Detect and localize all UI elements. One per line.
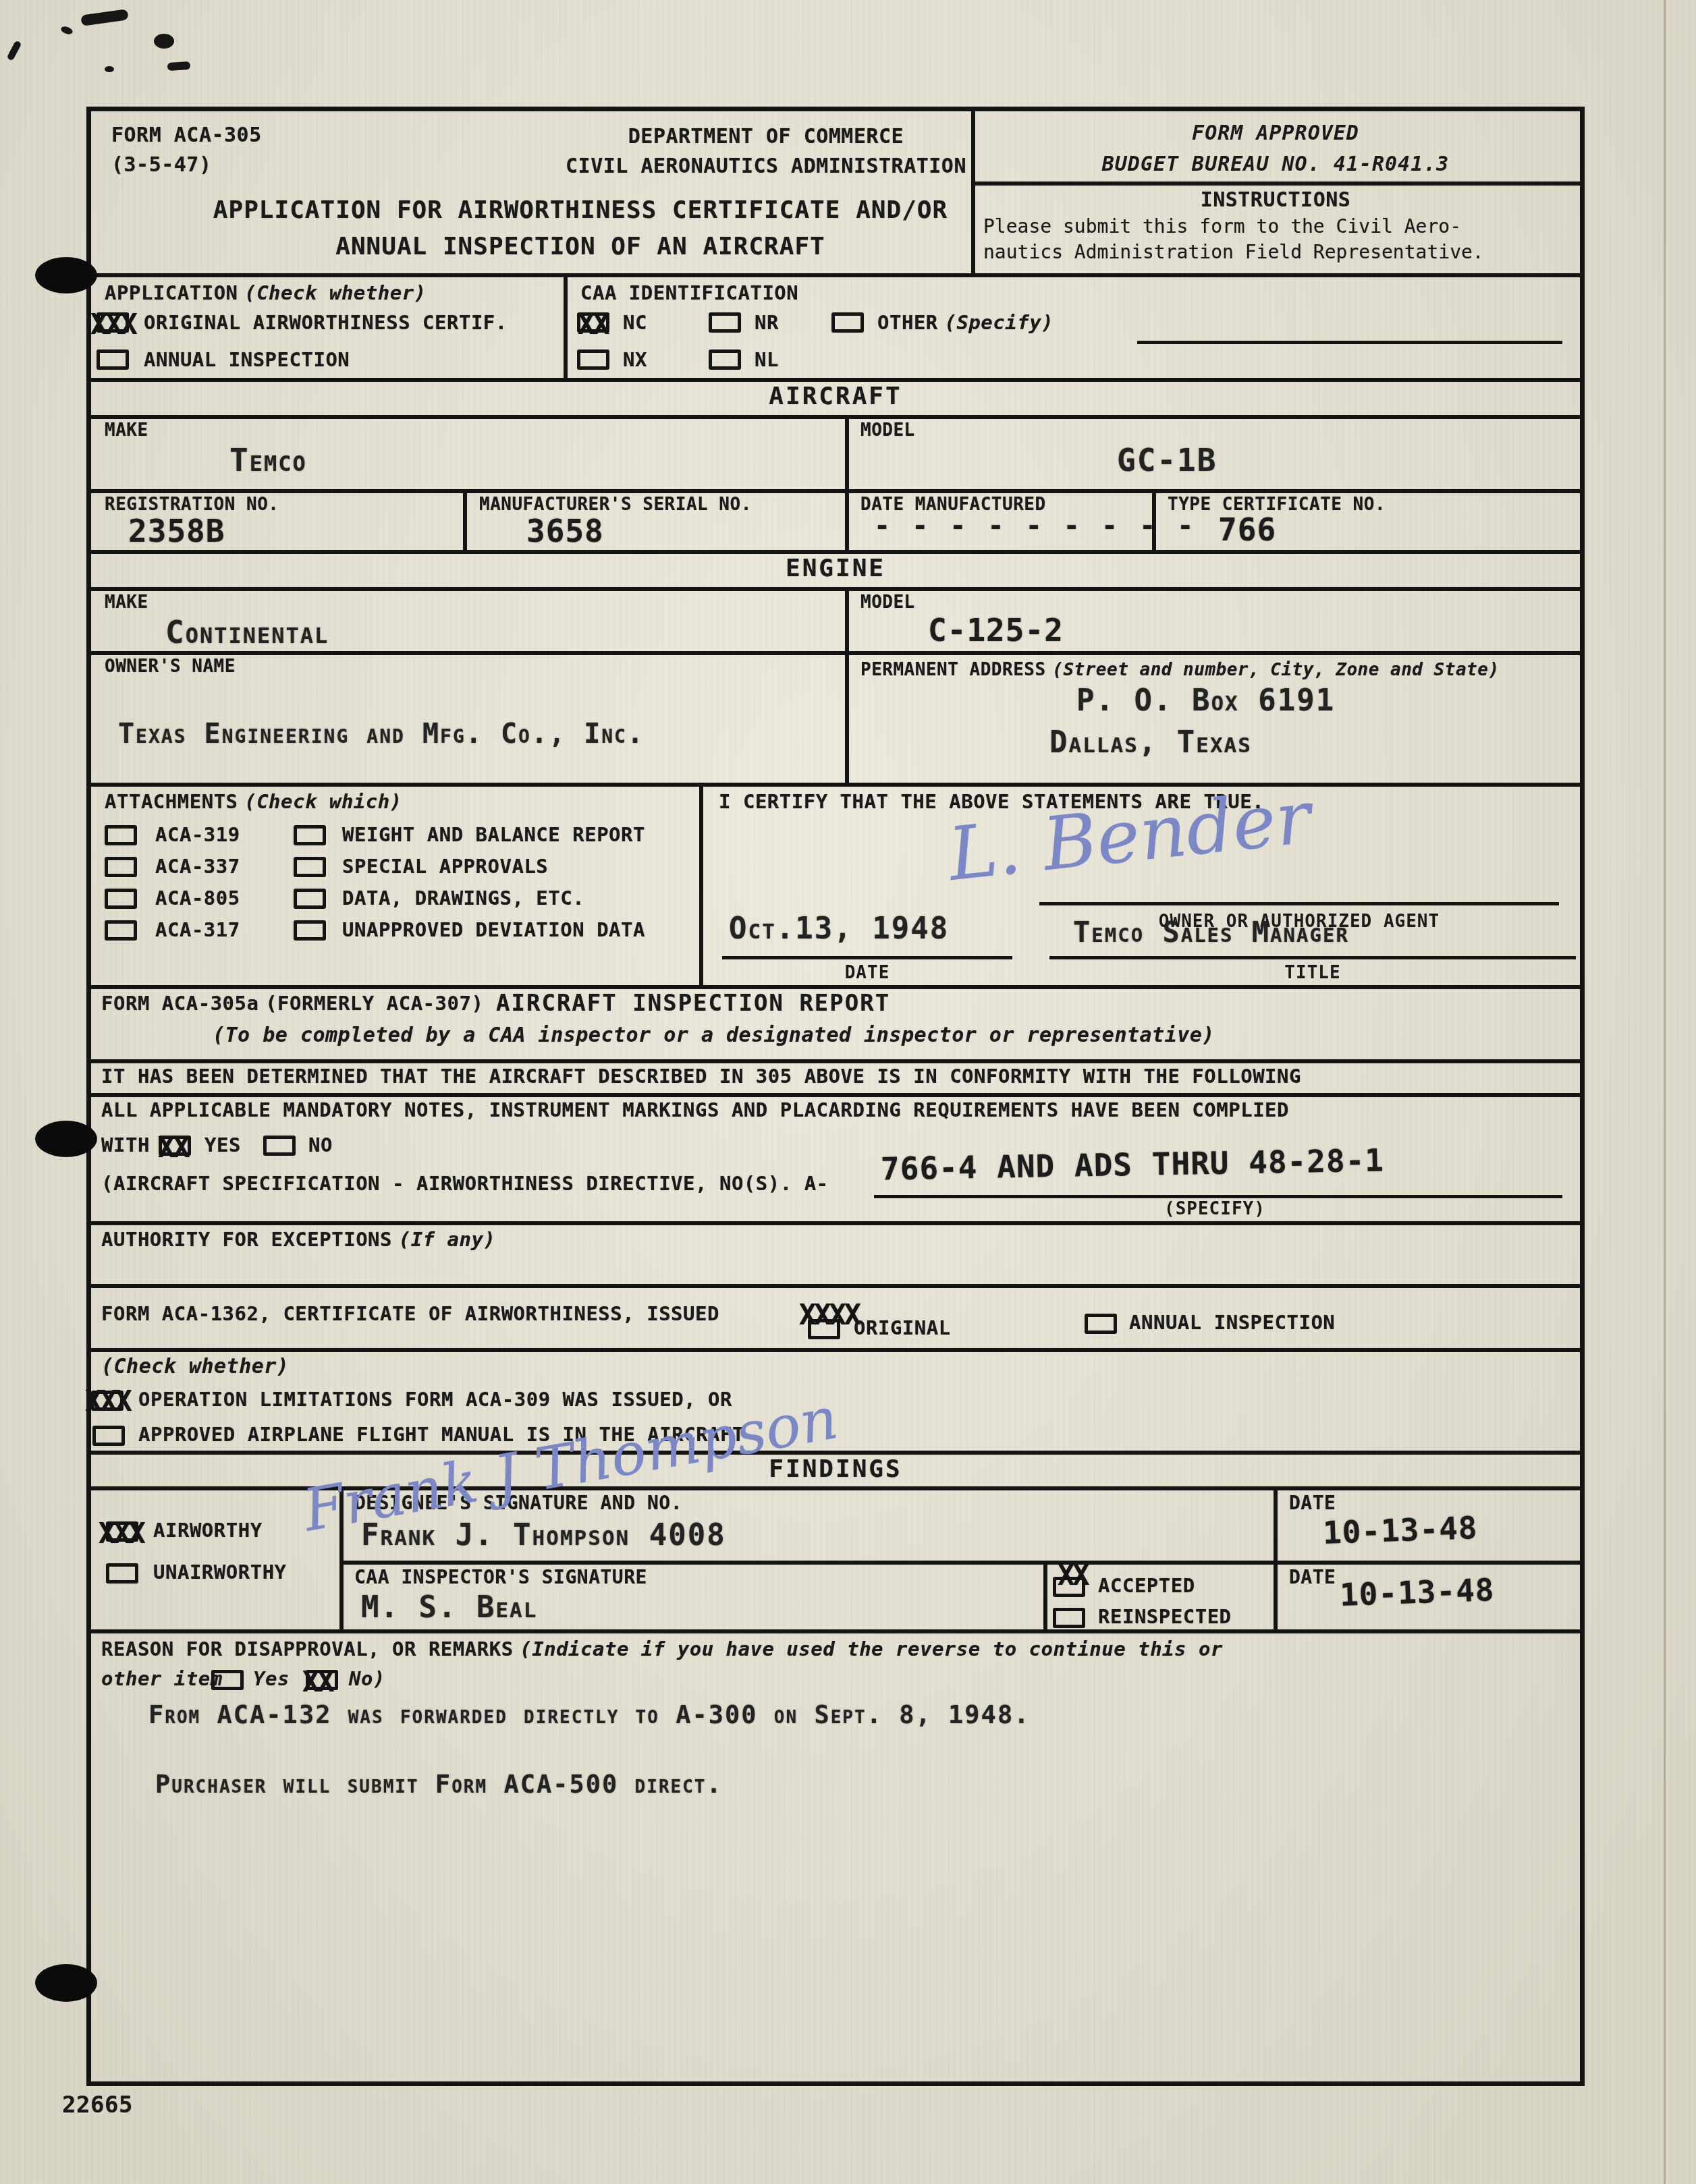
divider xyxy=(91,415,1580,419)
reverse-no-label: No) xyxy=(349,1667,385,1690)
aircraft-model-value: GC-1B xyxy=(1117,442,1217,478)
spec-directive-label: (AIRCRAFT SPECIFICATION - AIRWORTHINESS … xyxy=(101,1172,829,1195)
remarks-note-line2: other item xyxy=(101,1667,223,1690)
authority-heading: AUTHORITY FOR EXCEPTIONS (If any) xyxy=(101,1228,495,1251)
other-label: OTHER xyxy=(877,311,938,334)
check-mark: XXX xyxy=(90,308,136,341)
form-approved-box: FORM APPROVEDBUDGET BUREAU NO. 41-R041.3 xyxy=(971,118,1580,180)
checkbox-weight-balance xyxy=(294,825,326,845)
form-number-line2: (3-5-47) xyxy=(111,153,212,177)
checkbox-compliance-yes: XX xyxy=(159,1136,191,1156)
hole-punch xyxy=(35,1121,97,1157)
address-line1: P. O. Box 6191 xyxy=(1076,683,1335,718)
divider xyxy=(91,783,1580,787)
certify-title-caption: TITLE xyxy=(1049,963,1576,983)
divider xyxy=(91,1629,1580,1633)
check-mark: XX xyxy=(302,1665,333,1698)
specify-caption: (SPECIFY) xyxy=(1164,1199,1265,1219)
inspector-name: M. S. Beal xyxy=(361,1590,537,1625)
form-title: APPLICATION FOR AIRWORTHINESS CERTIFICAT… xyxy=(111,192,1049,265)
department-line2: CIVIL AERONAUTICS ADMINISTRATION xyxy=(566,155,966,178)
checkbox-annual-inspection xyxy=(97,349,129,370)
operation-limitations-label: OPERATION LIMITATIONS FORM ACA-309 WAS I… xyxy=(138,1388,732,1411)
checkbox-aca-319 xyxy=(105,825,137,845)
accepted-label: ACCEPTED xyxy=(1098,1574,1195,1597)
remarks-line2: Purchaser will submit Form ACA-500 direc… xyxy=(155,1770,723,1799)
form-number-line1: FORM ACA-305 xyxy=(111,123,262,147)
inspector-signature-label: CAA INSPECTOR'S SIGNATURE xyxy=(354,1566,647,1588)
engine-model-value: C-125-2 xyxy=(928,612,1064,648)
aca-319-label: ACA-319 xyxy=(155,823,240,846)
owner-name-value: Texas Engineering and Mfg. Co., Inc. xyxy=(118,719,645,750)
divider xyxy=(91,1093,1580,1097)
address-line2: Dallas, Texas xyxy=(1049,725,1252,760)
issued-original-label: ORIGINAL xyxy=(854,1316,951,1339)
determination-statement: IT HAS BEEN DETERMINED THAT THE AIRCRAFT… xyxy=(101,1065,1301,1088)
checkbox-other xyxy=(831,312,864,333)
ink-smudge xyxy=(154,34,174,49)
aircraft-make-label: MAKE xyxy=(105,420,148,441)
checkbox-special-approvals xyxy=(294,857,326,877)
designee-date-value: 10-13-48 xyxy=(1322,1509,1478,1551)
special-approvals-label: SPECIAL APPROVALS xyxy=(342,855,548,878)
check-mark: XX xyxy=(578,308,608,341)
original-airworthiness-label: ORIGINAL AIRWORTHINESS CERTIF. xyxy=(144,311,508,334)
attachments-label: ATTACHMENTS xyxy=(105,790,238,813)
divider xyxy=(91,550,1580,554)
divider xyxy=(564,273,568,378)
application-label: APPLICATION xyxy=(105,281,238,304)
divider xyxy=(91,1059,1580,1063)
aca-305a-form-no: FORM ACA-305a xyxy=(101,992,258,1015)
ink-smudge xyxy=(7,40,22,61)
nc-label: NC xyxy=(623,311,647,334)
checkbox-unairworthy xyxy=(106,1563,138,1584)
application-note: (Check whether) xyxy=(244,281,426,304)
engine-make-value: Continental xyxy=(165,614,329,650)
application-heading: APPLICATION (Check whether) xyxy=(105,281,427,304)
divider xyxy=(845,587,849,651)
annual-inspection-label: ANNUAL INSPECTION xyxy=(144,348,350,371)
remarks-label: REASON FOR DISAPPROVAL, OR REMARKS xyxy=(101,1637,514,1660)
scanned-form-page: 22665 FORM ACA-305(3-5-47) DEPARTMENT OF… xyxy=(0,0,1696,2184)
checkbox-nc: XX xyxy=(577,312,609,333)
checkbox-reverse-no: XX xyxy=(306,1670,338,1690)
registration-label: REGISTRATION NO. xyxy=(105,495,279,515)
permanent-address-heading: PERMANENT ADDRESS (Street and number, Ci… xyxy=(860,656,1569,685)
nl-label: NL xyxy=(755,348,779,371)
type-certificate-label: TYPE CERTIFICATE NO. xyxy=(1168,495,1386,515)
divider xyxy=(339,1561,1580,1565)
reverse-yes-label: Yes xyxy=(253,1667,290,1690)
compliance-statement: ALL APPLICABLE MANDATORY NOTES, INSTRUME… xyxy=(101,1098,1289,1121)
remarks-heading: REASON FOR DISAPPROVAL, OR REMARKS (Indi… xyxy=(101,1637,1223,1660)
other-specify-note: (Specify) xyxy=(944,311,1054,334)
checkbox-issued-original: XXXX xyxy=(808,1319,840,1339)
aircraft-section-title: AIRCRAFT xyxy=(91,383,1580,410)
checkbox-original-airworthiness: XXX xyxy=(97,312,129,333)
divider xyxy=(463,489,467,550)
date-manufactured-value: - - - - - - - - - xyxy=(874,511,1196,542)
department-line1: DEPARTMENT OF COMMERCE xyxy=(628,125,904,148)
budget-bureau-no: BUDGET BUREAU NO. 41-R041.3 xyxy=(1102,152,1450,176)
checkbox-accepted: XX xyxy=(1053,1577,1085,1597)
checkbox-reverse-yes xyxy=(211,1670,244,1690)
nr-label: NR xyxy=(755,311,779,334)
aca-305a-formerly: (FORMERLY ACA-307) xyxy=(265,992,483,1015)
compliance-no-label: NO xyxy=(308,1133,333,1156)
checkbox-airworthy: XXX xyxy=(106,1521,138,1542)
permanent-address-label: PERMANENT ADDRESS xyxy=(860,660,1046,680)
checkbox-nl xyxy=(709,349,741,370)
data-drawings-label: DATA, DRAWINGS, ETC. xyxy=(342,887,584,909)
instructions-line2: nautics Administration Field Representat… xyxy=(983,241,1484,263)
attachments-heading: ATTACHMENTS (Check which) xyxy=(105,790,402,813)
inspector-date-label: DATE xyxy=(1289,1566,1336,1588)
engine-model-label: MODEL xyxy=(860,592,915,613)
other-specify-line xyxy=(1137,341,1562,344)
divider xyxy=(91,651,1580,655)
divider xyxy=(91,1221,1580,1225)
issued-annual-label: ANNUAL INSPECTION xyxy=(1129,1311,1335,1334)
caa-identification-label: CAA IDENTIFICATION xyxy=(580,281,798,304)
inspector-date-value: 10-13-48 xyxy=(1339,1571,1495,1613)
owner-name-label: OWNER'S NAME xyxy=(105,656,236,677)
other-heading: OTHER (Specify) xyxy=(877,311,1054,334)
divider xyxy=(91,587,1580,591)
checkbox-data-drawings xyxy=(294,889,326,909)
aca-805-label: ACA-805 xyxy=(155,887,240,909)
paper-crease xyxy=(1664,0,1666,2184)
nx-label: NX xyxy=(623,348,647,371)
aca-317-label: ACA-317 xyxy=(155,918,240,941)
hole-punch xyxy=(35,257,97,293)
check-mark: XX xyxy=(158,1131,188,1164)
form-approved-line1: FORM APPROVED xyxy=(1192,121,1359,145)
inspection-report-subtitle: (To be completed by a CAA inspector or a… xyxy=(213,1024,1215,1047)
checkbox-unapproved-deviation xyxy=(294,920,326,941)
owner-signature-line xyxy=(1039,902,1559,905)
divider xyxy=(91,1348,1580,1352)
airworthy-label: AIRWORTHY xyxy=(153,1519,263,1542)
divider xyxy=(91,273,1580,277)
form-number: FORM ACA-305(3-5-47) xyxy=(111,121,262,180)
checkbox-compliance-no xyxy=(263,1136,296,1156)
authority-note: (If any) xyxy=(399,1228,496,1251)
authority-label: AUTHORITY FOR EXCEPTIONS xyxy=(101,1228,392,1251)
remarks-note-line1: (Indicate if you have used the reverse t… xyxy=(520,1637,1223,1660)
instructions-title: INSTRUCTIONS xyxy=(971,188,1580,212)
certify-title-value: Temco Sales Manager xyxy=(1073,916,1349,949)
form-border: FORM ACA-305(3-5-47) DEPARTMENT OF COMME… xyxy=(86,107,1585,2086)
spec-directive-line xyxy=(874,1195,1562,1198)
ink-smudge xyxy=(167,61,191,71)
divider xyxy=(845,489,849,550)
engine-section-title: ENGINE xyxy=(91,555,1580,582)
aircraft-model-label: MODEL xyxy=(860,420,915,441)
check-mark: XX xyxy=(1058,1559,1088,1592)
weight-balance-label: WEIGHT AND BALANCE REPORT xyxy=(342,823,645,846)
aca-1362-statement: FORM ACA-1362, CERTIFICATE OF AIRWORTHIN… xyxy=(101,1302,719,1325)
ink-smudge xyxy=(60,25,74,36)
unapproved-deviation-label: UNAPPROVED DEVIATION DATA xyxy=(342,918,645,941)
check-mark: XXX xyxy=(85,1384,130,1418)
certify-date-caption: DATE xyxy=(722,963,1012,983)
checkbox-aca-317 xyxy=(105,920,137,941)
checkbox-flight-manual xyxy=(92,1426,125,1446)
check-whether-heading: (Check whether) xyxy=(101,1355,289,1378)
checkbox-nr xyxy=(709,312,741,333)
compliance-yes-label: YES xyxy=(204,1133,241,1156)
reinspected-label: REINSPECTED xyxy=(1098,1605,1232,1628)
with-label: WITH xyxy=(101,1133,150,1156)
instructions-line1: Please submit this form to the Civil Aer… xyxy=(983,215,1461,237)
permanent-address-note: (Street and number, City, Zone and State… xyxy=(1052,660,1499,680)
registration-value: 2358B xyxy=(128,513,225,549)
attachments-note: (Check which) xyxy=(244,790,402,813)
serial-label: MANUFACTURER'S SERIAL NO. xyxy=(479,495,752,515)
certify-date-value: Oct.13, 1948 xyxy=(729,912,949,946)
checkbox-operation-limitations: XXX xyxy=(91,1391,124,1411)
certify-title-line xyxy=(1049,956,1576,959)
form-title-line1: APPLICATION FOR AIRWORTHINESS CERTIFICAT… xyxy=(213,196,948,224)
checkbox-aca-805 xyxy=(105,889,137,909)
form-title-line2: ANNUAL INSPECTION OF AN AIRCRAFT xyxy=(335,233,825,260)
spec-directive-value: 766-4 AND ADS THRU 48-28-1 xyxy=(881,1142,1385,1187)
unairworthy-label: UNAIRWORTHY xyxy=(153,1561,287,1584)
remarks-line1: From ACA-132 was forwarded directly to A… xyxy=(148,1700,1030,1729)
divider xyxy=(1043,1561,1047,1629)
serial-stamp: 22665 xyxy=(62,2092,133,2119)
aircraft-make-value: Temco xyxy=(229,442,307,478)
divider xyxy=(1274,1486,1278,1629)
aca-305a-heading: FORM ACA-305a (FORMERLY ACA-307) xyxy=(101,992,483,1015)
designee-date-label: DATE xyxy=(1289,1492,1336,1514)
divider xyxy=(699,783,703,985)
type-certificate-value: 766 xyxy=(1218,511,1276,548)
divider xyxy=(971,181,1580,186)
checkbox-nx xyxy=(577,349,609,370)
divider xyxy=(845,415,849,489)
checkbox-issued-annual xyxy=(1085,1314,1117,1334)
engine-make-label: MAKE xyxy=(105,592,148,613)
divider xyxy=(91,489,1580,493)
instructions-body: Please submit this form to the Civil Aer… xyxy=(983,214,1484,265)
aca-337-label: ACA-337 xyxy=(155,855,240,878)
ink-smudge xyxy=(80,9,129,26)
divider xyxy=(971,111,975,273)
ink-smudge xyxy=(105,66,114,72)
check-mark: XXX xyxy=(99,1517,144,1550)
divider xyxy=(845,651,849,783)
divider xyxy=(91,1284,1580,1288)
serial-value: 3658 xyxy=(526,513,604,549)
inspection-report-title: AIRCRAFT INSPECTION REPORT xyxy=(496,990,890,1017)
hole-punch xyxy=(35,1964,97,2002)
divider xyxy=(91,985,1580,989)
check-mark: XXXX xyxy=(799,1298,859,1331)
checkbox-aca-337 xyxy=(105,857,137,877)
certify-date-line xyxy=(722,956,1012,959)
checkbox-reinspected xyxy=(1053,1608,1085,1628)
divider xyxy=(91,378,1580,382)
